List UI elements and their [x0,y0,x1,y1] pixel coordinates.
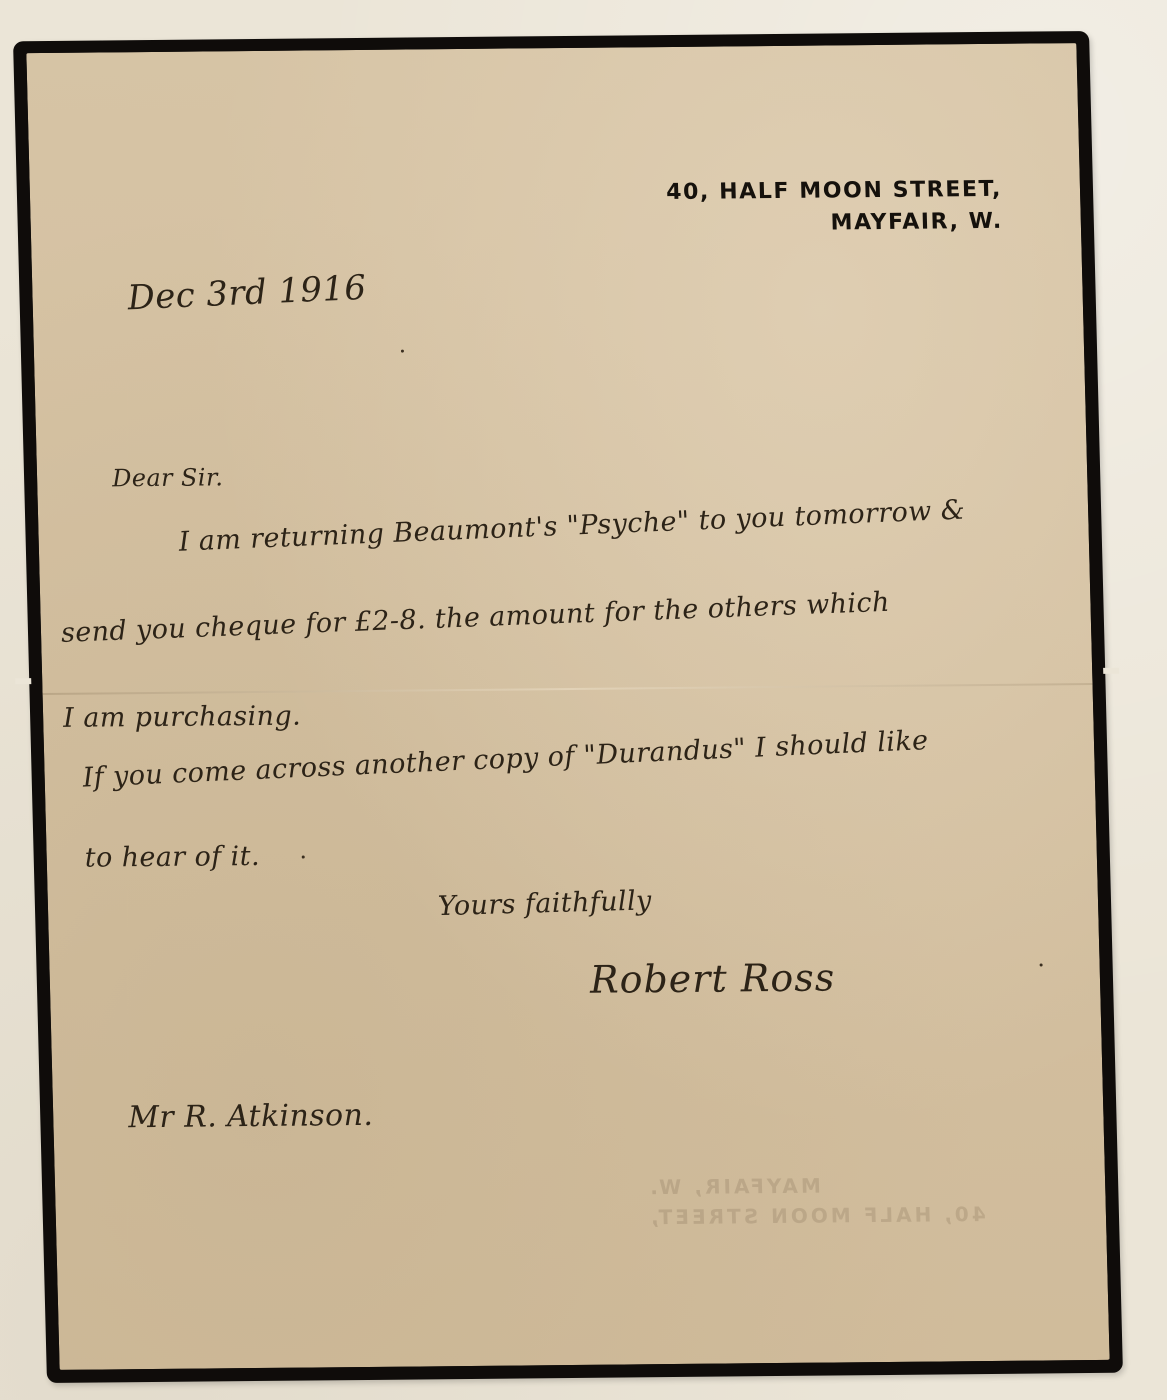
offset-line: 40, HALF MOON STREET, [648,1199,986,1232]
letter-paper: 40, HALF MOON STREET, MAYFAIR, W. Dec 3r… [26,43,1109,1370]
letter-sheet-border: 40, HALF MOON STREET, MAYFAIR, W. Dec 3r… [13,31,1123,1383]
recipient-name: Mr R. Atkinson. [128,1098,374,1135]
letter-date: Dec 3rd 1916 [126,268,367,319]
body-line: to hear of it. [84,841,260,874]
body-line: send you cheque for £2-8. the amount for… [60,587,890,649]
fold-notch-left [15,678,31,684]
fold-notch-right [1103,668,1119,674]
signature: Robert Ross [589,955,835,1001]
body-line: I am returning Beaumont's "Psyche" to yo… [178,494,966,557]
letterhead-street: 40, HALF MOON STREET, [666,174,1003,209]
closing: Yours faithfully [437,885,652,922]
paper-specks [26,43,1076,53]
letterhead-district: MAYFAIR, W. [667,206,1004,241]
letterhead-address: 40, HALF MOON STREET, MAYFAIR, W. [666,174,1003,241]
fold-crease [43,683,1093,695]
salutation: Dear Sir. [112,463,224,492]
body-line: If you come across another copy of "Dura… [82,725,930,794]
offset-line: MAYFAIR, W. [647,1169,985,1202]
body-line: I am purchasing. [63,701,302,734]
offset-letterhead-impression: MAYFAIR, W. 40, HALF MOON STREET, [647,1169,986,1232]
